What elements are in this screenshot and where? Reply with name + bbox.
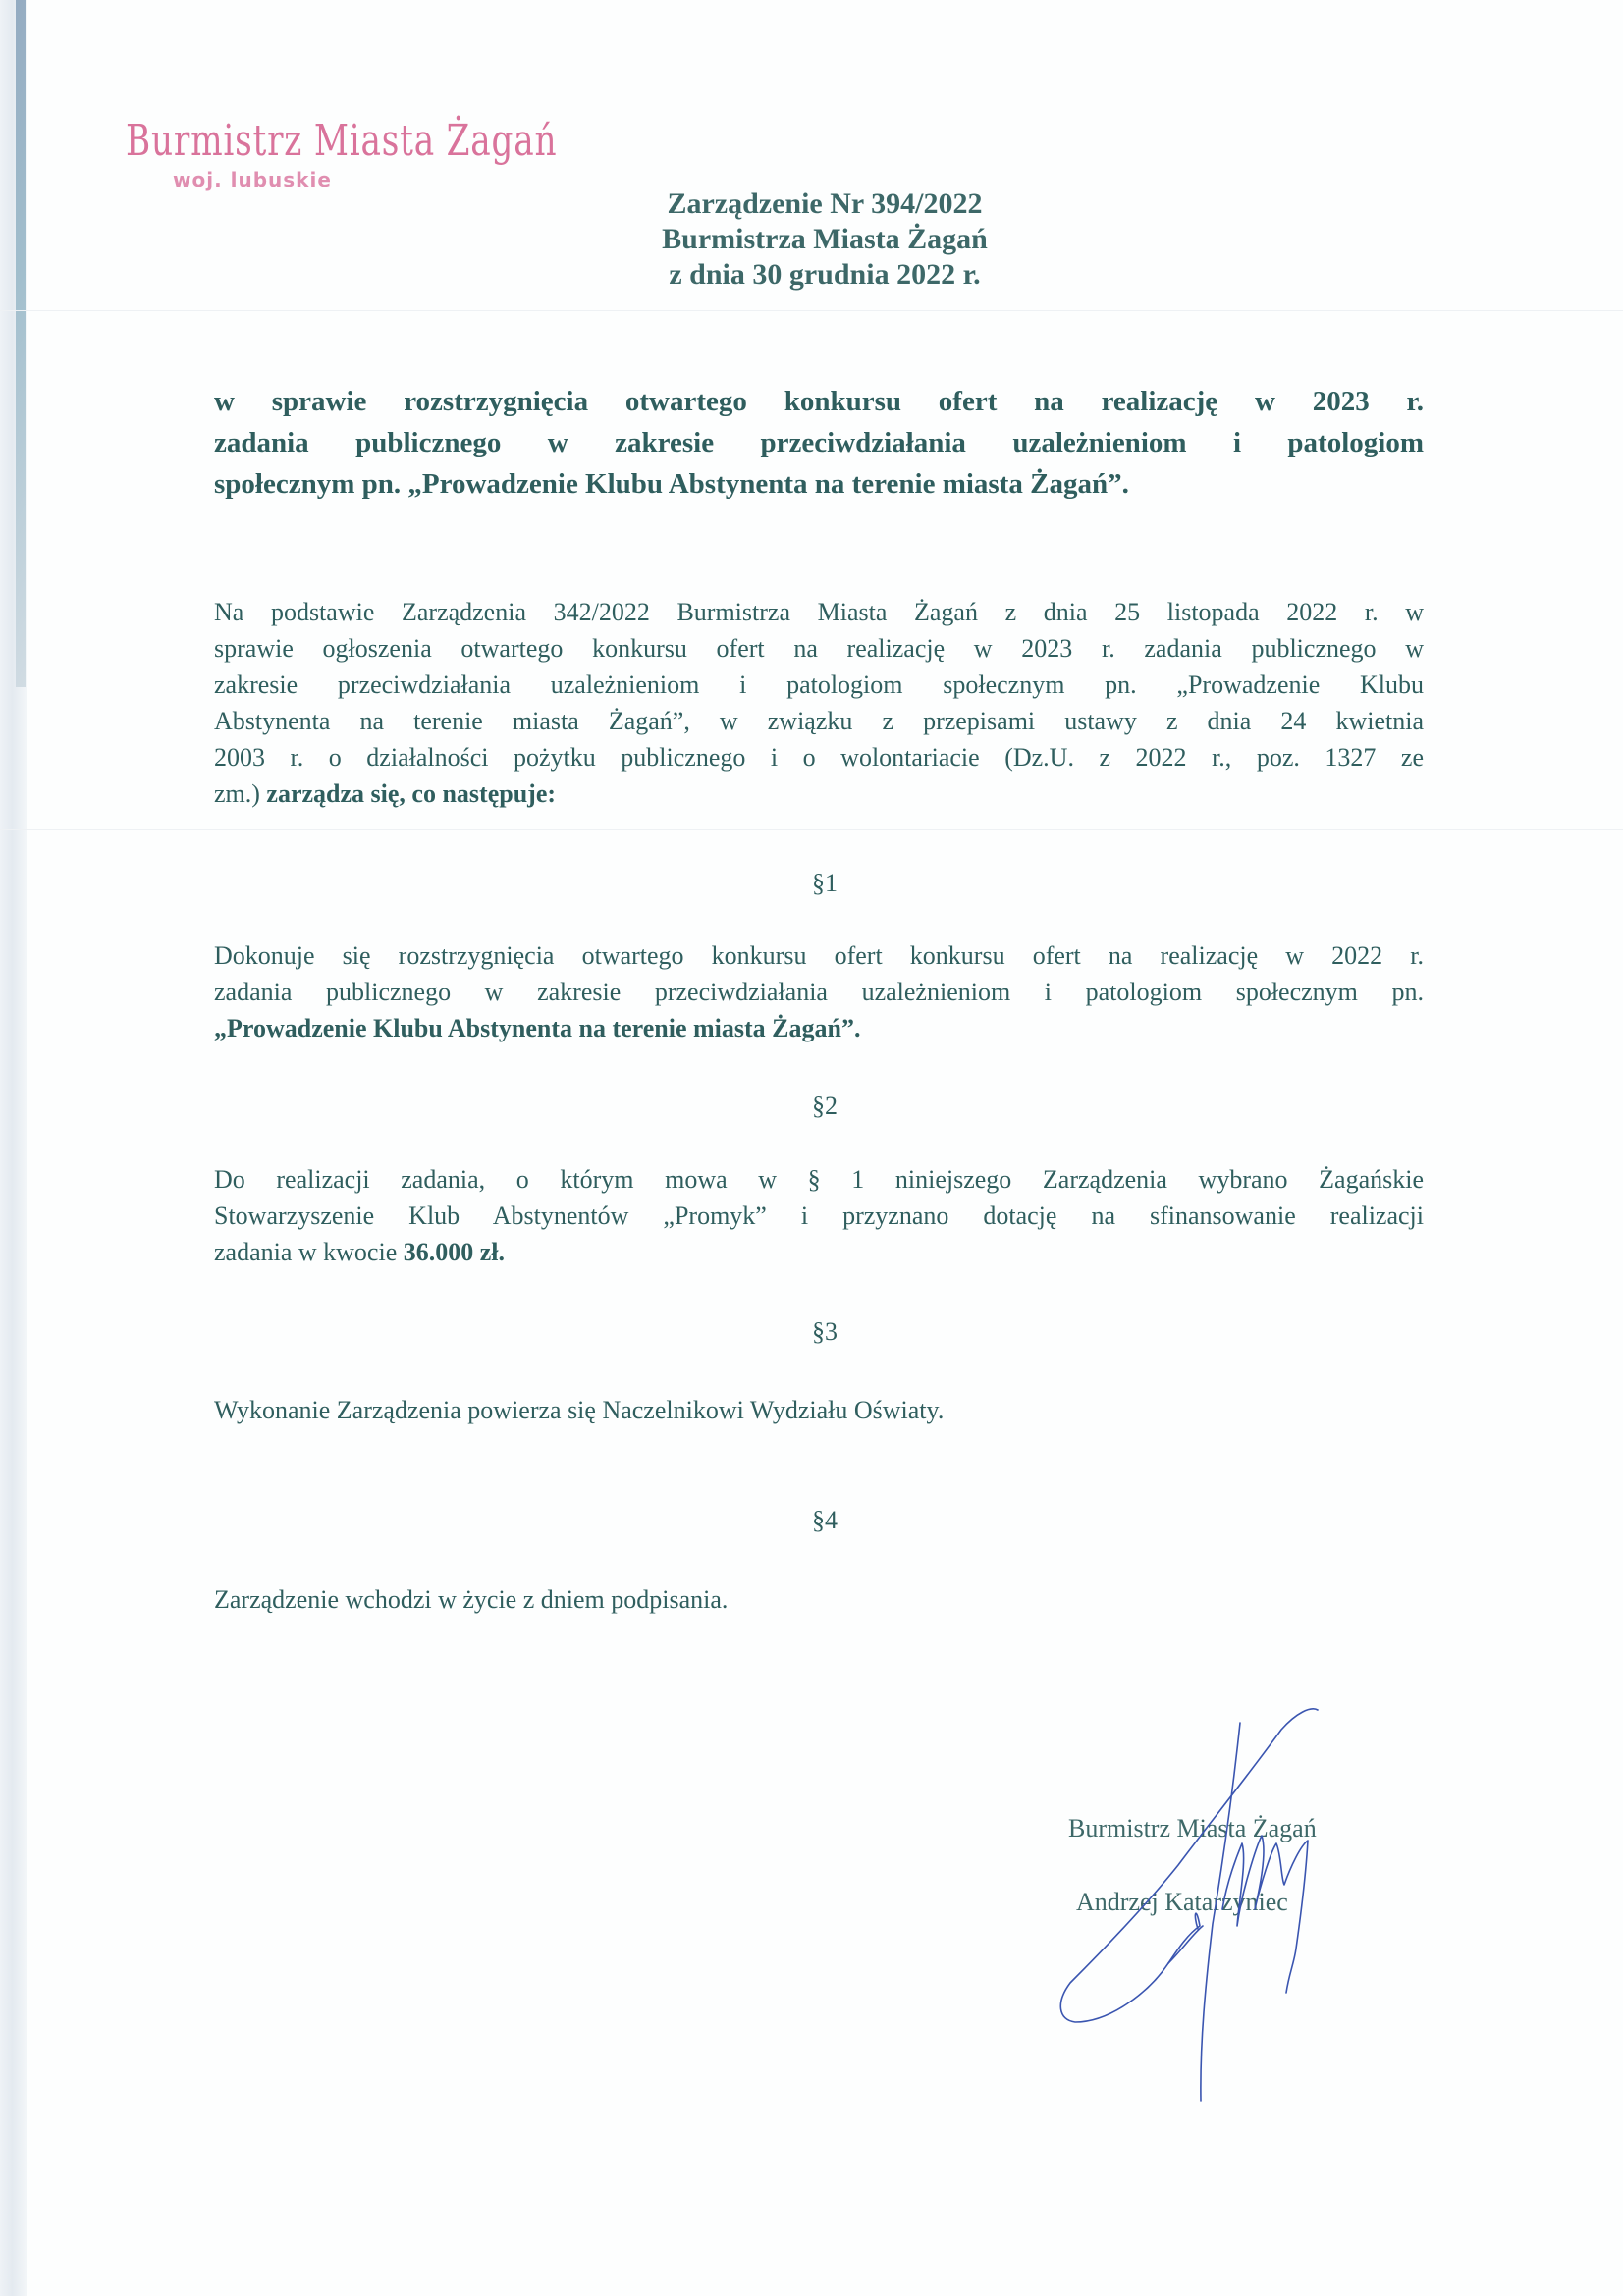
- preamble-line: Abstynenta na terenie miasta Żagań”, w z…: [214, 703, 1424, 739]
- section-2-line: Stowarzyszenie Klub Abstynentów „Promyk”…: [214, 1198, 1424, 1234]
- preamble-line: zakresie przeciwdziałania uzależnieniom …: [214, 667, 1424, 703]
- section-1-task-name: „Prowadzenie Klubu Abstynenta na terenie…: [214, 1010, 1424, 1046]
- preamble-line: sprawie ogłoszenia otwartego konkursu of…: [214, 630, 1424, 667]
- scan-artifact-line: [0, 310, 1623, 311]
- scan-edge-shadow: [16, 0, 26, 687]
- preamble-line: Na podstawie Zarządzenia 342/2022 Burmis…: [214, 594, 1424, 630]
- amount-label: zadania w kwocie: [214, 1238, 404, 1266]
- document-heading: Zarządzenie Nr 394/2022 Burmistrza Miast…: [550, 187, 1100, 293]
- scan-artifact-line: [0, 829, 1623, 830]
- preamble-enacting-clause: zarządza się, co następuje:: [260, 779, 556, 808]
- section-1-text: Dokonuje się rozstrzygnięcia otwartego k…: [214, 937, 1424, 1046]
- preamble-tail: zm.): [214, 779, 260, 808]
- grant-amount: 36.000 zł.: [404, 1238, 505, 1266]
- section-mark-1: §1: [756, 869, 893, 898]
- section-mark-3: §3: [756, 1317, 893, 1347]
- section-2-line: Do realizacji zadania, o którym mowa w §…: [214, 1161, 1424, 1198]
- section-mark-4: §4: [756, 1506, 893, 1535]
- section-3-line: Wykonanie Zarządzenia powierza się Nacze…: [214, 1392, 1424, 1428]
- stamp-office-name: Burmistrz Miasta Żagań: [126, 116, 557, 166]
- section-3-text: Wykonanie Zarządzenia powierza się Nacze…: [214, 1392, 1424, 1428]
- section-2-text: Do realizacji zadania, o którym mowa w §…: [214, 1161, 1424, 1270]
- section-mark-2: §2: [756, 1092, 893, 1121]
- handwritten-signature: [1031, 1669, 1473, 2110]
- document-subject: w sprawie rozstrzygnięcia otwartego konk…: [214, 381, 1424, 505]
- task-name: „Prowadzenie Klubu Abstynenta na terenie…: [214, 1014, 860, 1042]
- section-4-line: Zarządzenie wchodzi w życie z dniem podp…: [214, 1581, 1424, 1618]
- subject-line: w sprawie rozstrzygnięcia otwartego konk…: [214, 381, 1424, 422]
- preamble: Na podstawie Zarządzenia 342/2022 Burmis…: [214, 594, 1424, 812]
- subject-line: zadania publicznego w zakresie przeciwdz…: [214, 422, 1424, 463]
- section-1-line: Dokonuje się rozstrzygnięcia otwartego k…: [214, 937, 1424, 974]
- preamble-line: zm.) zarządza się, co następuje:: [214, 775, 1424, 812]
- document-title: Zarządzenie Nr 394/2022: [550, 187, 1100, 222]
- section-4-text: Zarządzenie wchodzi w życie z dniem podp…: [214, 1581, 1424, 1618]
- preamble-line: 2003 r. o działalności pożytku publiczne…: [214, 739, 1424, 775]
- section-1-line: zadania publicznego w zakresie przeciwdz…: [214, 974, 1424, 1010]
- subject-line: społecznym pn. „Prowadzenie Klubu Abstyn…: [214, 463, 1424, 505]
- document-issuer: Burmistrza Miasta Żagań: [550, 222, 1100, 257]
- office-stamp: Burmistrz Miasta Żagań woj. lubuskie: [126, 116, 678, 191]
- section-2-line: zadania w kwocie 36.000 zł.: [214, 1234, 1424, 1270]
- document-date: z dnia 30 grudnia 2022 r.: [550, 257, 1100, 293]
